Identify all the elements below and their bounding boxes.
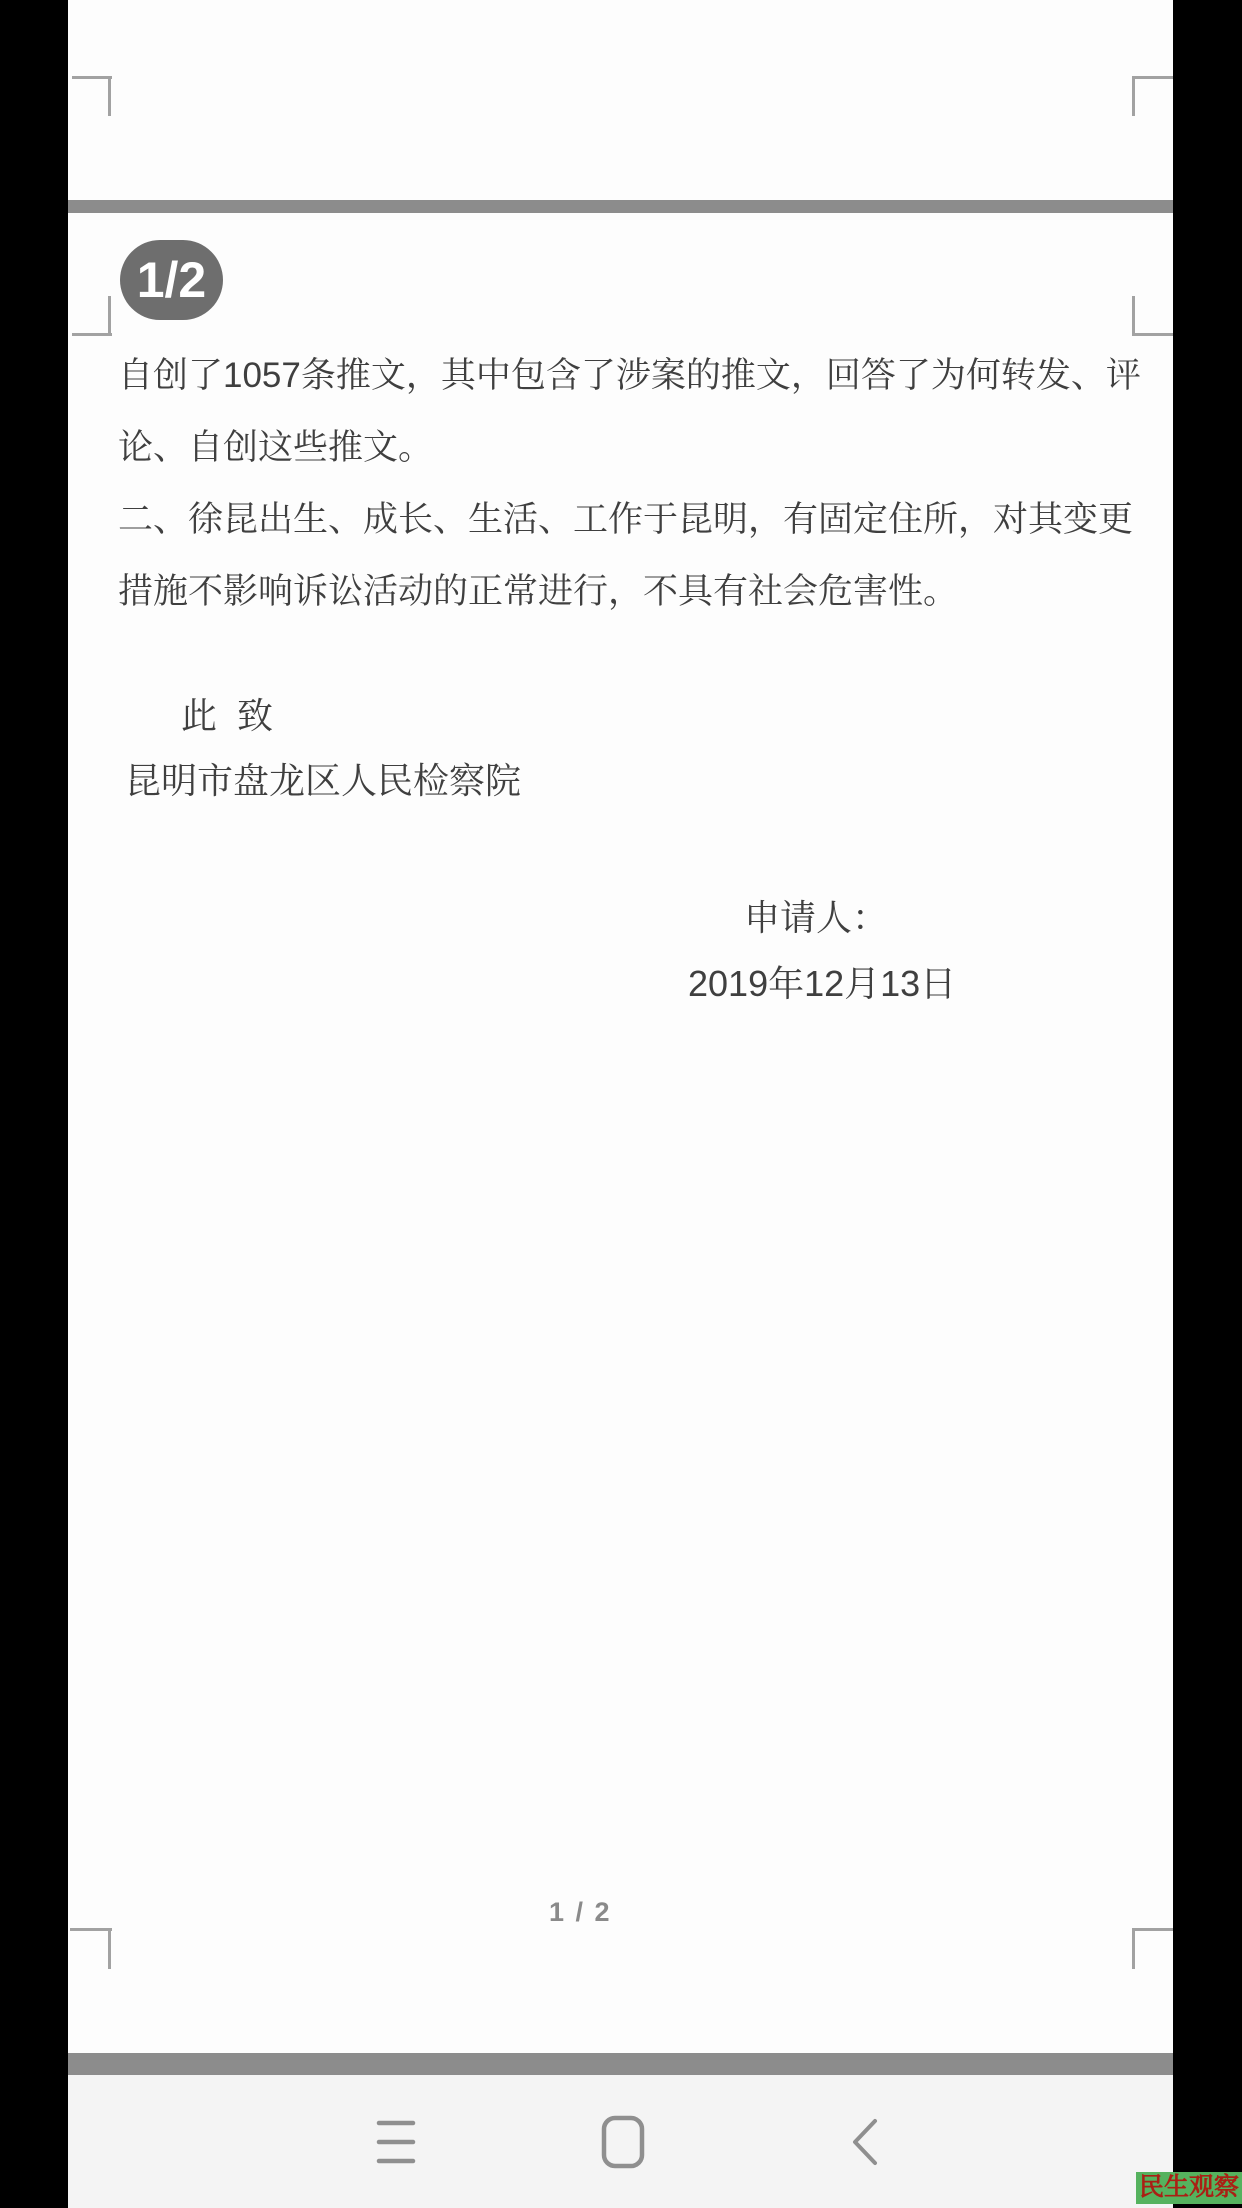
crop-corner-page-top-right-mark (1132, 296, 1135, 336)
home-button[interactable] (578, 2097, 668, 2187)
back-button[interactable] (819, 2097, 909, 2187)
hamburger-menu-icon (376, 2119, 416, 2165)
watermark-badge: 民生观察 (1136, 2172, 1242, 2204)
home-square-icon (600, 2114, 646, 2170)
document-applicant-label: 申请人： (744, 890, 888, 941)
crop-corner-top-right-mark (1132, 76, 1173, 79)
page-badge: 1/2 (120, 240, 223, 320)
document-body-line: 自创了1057条推文，其中包含了涉案的推文，回答了为何转发、评 (118, 348, 1141, 398)
crop-corner-page-top-left-mark (72, 333, 112, 336)
crop-corner-page-top-right-mark (1132, 333, 1173, 336)
crop-corner-page-bottom-right-mark (1132, 1928, 1135, 1969)
page-divider-bottom (68, 2053, 1173, 2075)
screen: 1/2 自创了1057条推文，其中包含了涉案的推文，回答了为何转发、评 论、自创… (0, 0, 1242, 2208)
recents-button[interactable] (351, 2097, 441, 2187)
document-body-line: 二、徐昆出生、成长、生活、工作于昆明，有固定住所，对其变更 (118, 492, 1133, 542)
crop-corner-top-left-mark (72, 76, 112, 79)
crop-corner-page-bottom-right-mark (1132, 1928, 1173, 1931)
crop-corner-top-left-mark (108, 76, 111, 116)
document-date: 2019年12月13日 (688, 956, 956, 1007)
chevron-left-icon (848, 2117, 880, 2167)
page-indicator: 1 / 2 (549, 1897, 612, 1928)
crop-corner-page-bottom-left-mark (70, 1928, 112, 1931)
right-letterbox-bar (1173, 0, 1242, 2208)
crop-corner-page-top-left-mark (108, 296, 111, 336)
crop-corner-top-right-mark (1132, 76, 1135, 116)
document-body-line: 措施不影响诉讼活动的正常进行，不具有社会危害性。 (118, 564, 958, 614)
crop-corner-page-bottom-left-mark (108, 1928, 111, 1969)
page-divider-top (68, 200, 1173, 213)
document-closing: 此 致 (181, 688, 273, 739)
document-body-line: 论、自创这些推文。 (118, 420, 433, 470)
left-letterbox-bar (0, 0, 68, 2208)
document-recipient: 昆明市盘龙区人民检察院 (125, 753, 521, 804)
